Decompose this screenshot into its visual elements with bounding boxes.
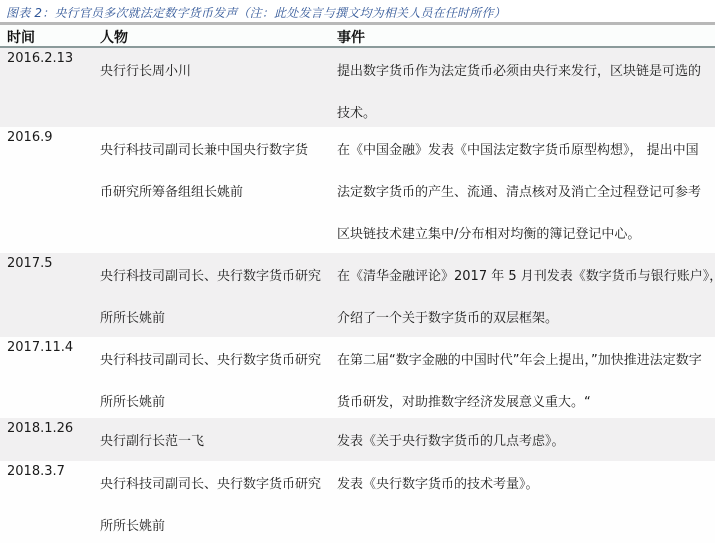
row-date: 2018.3.7 [7,464,65,479]
row-date: 2016.9 [7,130,53,145]
header-event: 事件 [337,27,365,47]
person-line: 所所长姚前 [100,298,321,340]
event-line: 提出数字货币作为法定货币必须由央行来发行，区块链是可选的 [337,51,701,93]
table-row: 2016.2.13 央行行长周小川 提出数字货币作为法定货币必须由央行来发行，区… [0,48,715,127]
row-person: 央行科技司副司长、央行数字货币研究 所所长姚前 [100,464,321,543]
event-line: 发表《央行数字货币的技术考量》。 [337,464,539,506]
person-line: 央行副行长范一飞 [100,421,204,463]
row-event: 在《中国金融》发表《中国法定数字货币原型构想》， 提出中国 法定数字货币的产生、… [337,130,701,256]
table-header: 时间 人物 事件 [0,25,715,47]
row-event: 在第二届“数字金融的中国时代”年会上提出，”加快推进法定数字 货币研发，对助推数… [337,340,702,424]
row-person: 央行科技司副司长、央行数字货币研究 所所长姚前 [100,340,321,424]
person-line: 央行科技司副司长、央行数字货币研究 [100,464,321,506]
row-event: 发表《关于央行数字货币的几点考虑》。 [337,421,565,463]
row-date: 2016.2.13 [7,51,73,66]
table-row: 2018.1.26 央行副行长范一飞 发表《关于央行数字货币的几点考虑》。 [0,418,715,461]
event-line: 在《清华金融评论》2017 年 5 月刊发表《数字货币与银行账户》， [337,256,715,298]
person-line: 央行科技司副司长兼中国央行数字货 [100,130,308,172]
row-date: 2017.5 [7,256,53,271]
header-time: 时间 [7,27,35,47]
row-event: 在《清华金融评论》2017 年 5 月刊发表《数字货币与银行账户》， 介绍了一个… [337,256,715,340]
event-line: 法定数字货币的产生、流通、清点核对及消亡全过程登记可参考 [337,172,701,214]
row-person: 央行科技司副司长兼中国央行数字货 币研究所筹备组组长姚前 [100,130,308,214]
event-line: 发表《关于央行数字货币的几点考虑》。 [337,421,565,463]
row-event: 提出数字货币作为法定货币必须由央行来发行，区块链是可选的 技术。 [337,51,701,135]
row-date: 2017.11.4 [7,340,73,355]
person-line: 央行科技司副司长、央行数字货币研究 [100,340,321,382]
table-row: 2016.9 央行科技司副司长兼中国央行数字货 币研究所筹备组组长姚前 在《中国… [0,127,715,253]
event-line: 在第二届“数字金融的中国时代”年会上提出，”加快推进法定数字 [337,340,702,382]
event-line: 区块链技术建立集中/分布相对均衡的簿记登记中心。 [337,214,701,256]
table-caption: 图表 2：央行官员多次就法定数字货币发声（注：此处发言与撰文均为相关人员在任时所… [6,4,506,21]
row-person: 央行副行长范一飞 [100,421,204,463]
person-line: 币研究所筹备组组长姚前 [100,172,308,214]
person-line: 央行行长周小川 [100,51,191,93]
table-row: 2018.3.7 央行科技司副司长、央行数字货币研究 所所长姚前 发表《央行数字… [0,461,715,543]
row-person: 央行科技司副司长、央行数字货币研究 所所长姚前 [100,256,321,340]
row-person: 央行行长周小川 [100,51,191,93]
event-line: 介绍了一个关于数字货币的双层框架。 [337,298,715,340]
table-row: 2017.11.4 央行科技司副司长、央行数字货币研究 所所长姚前 在第二届“数… [0,337,715,418]
row-date: 2018.1.26 [7,421,73,436]
person-line: 所所长姚前 [100,506,321,543]
header-person: 人物 [100,27,128,47]
row-event: 发表《央行数字货币的技术考量》。 [337,464,539,506]
event-line: 在《中国金融》发表《中国法定数字货币原型构想》， 提出中国 [337,130,701,172]
person-line: 央行科技司副司长、央行数字货币研究 [100,256,321,298]
table-row: 2017.5 央行科技司副司长、央行数字货币研究 所所长姚前 在《清华金融评论》… [0,253,715,337]
